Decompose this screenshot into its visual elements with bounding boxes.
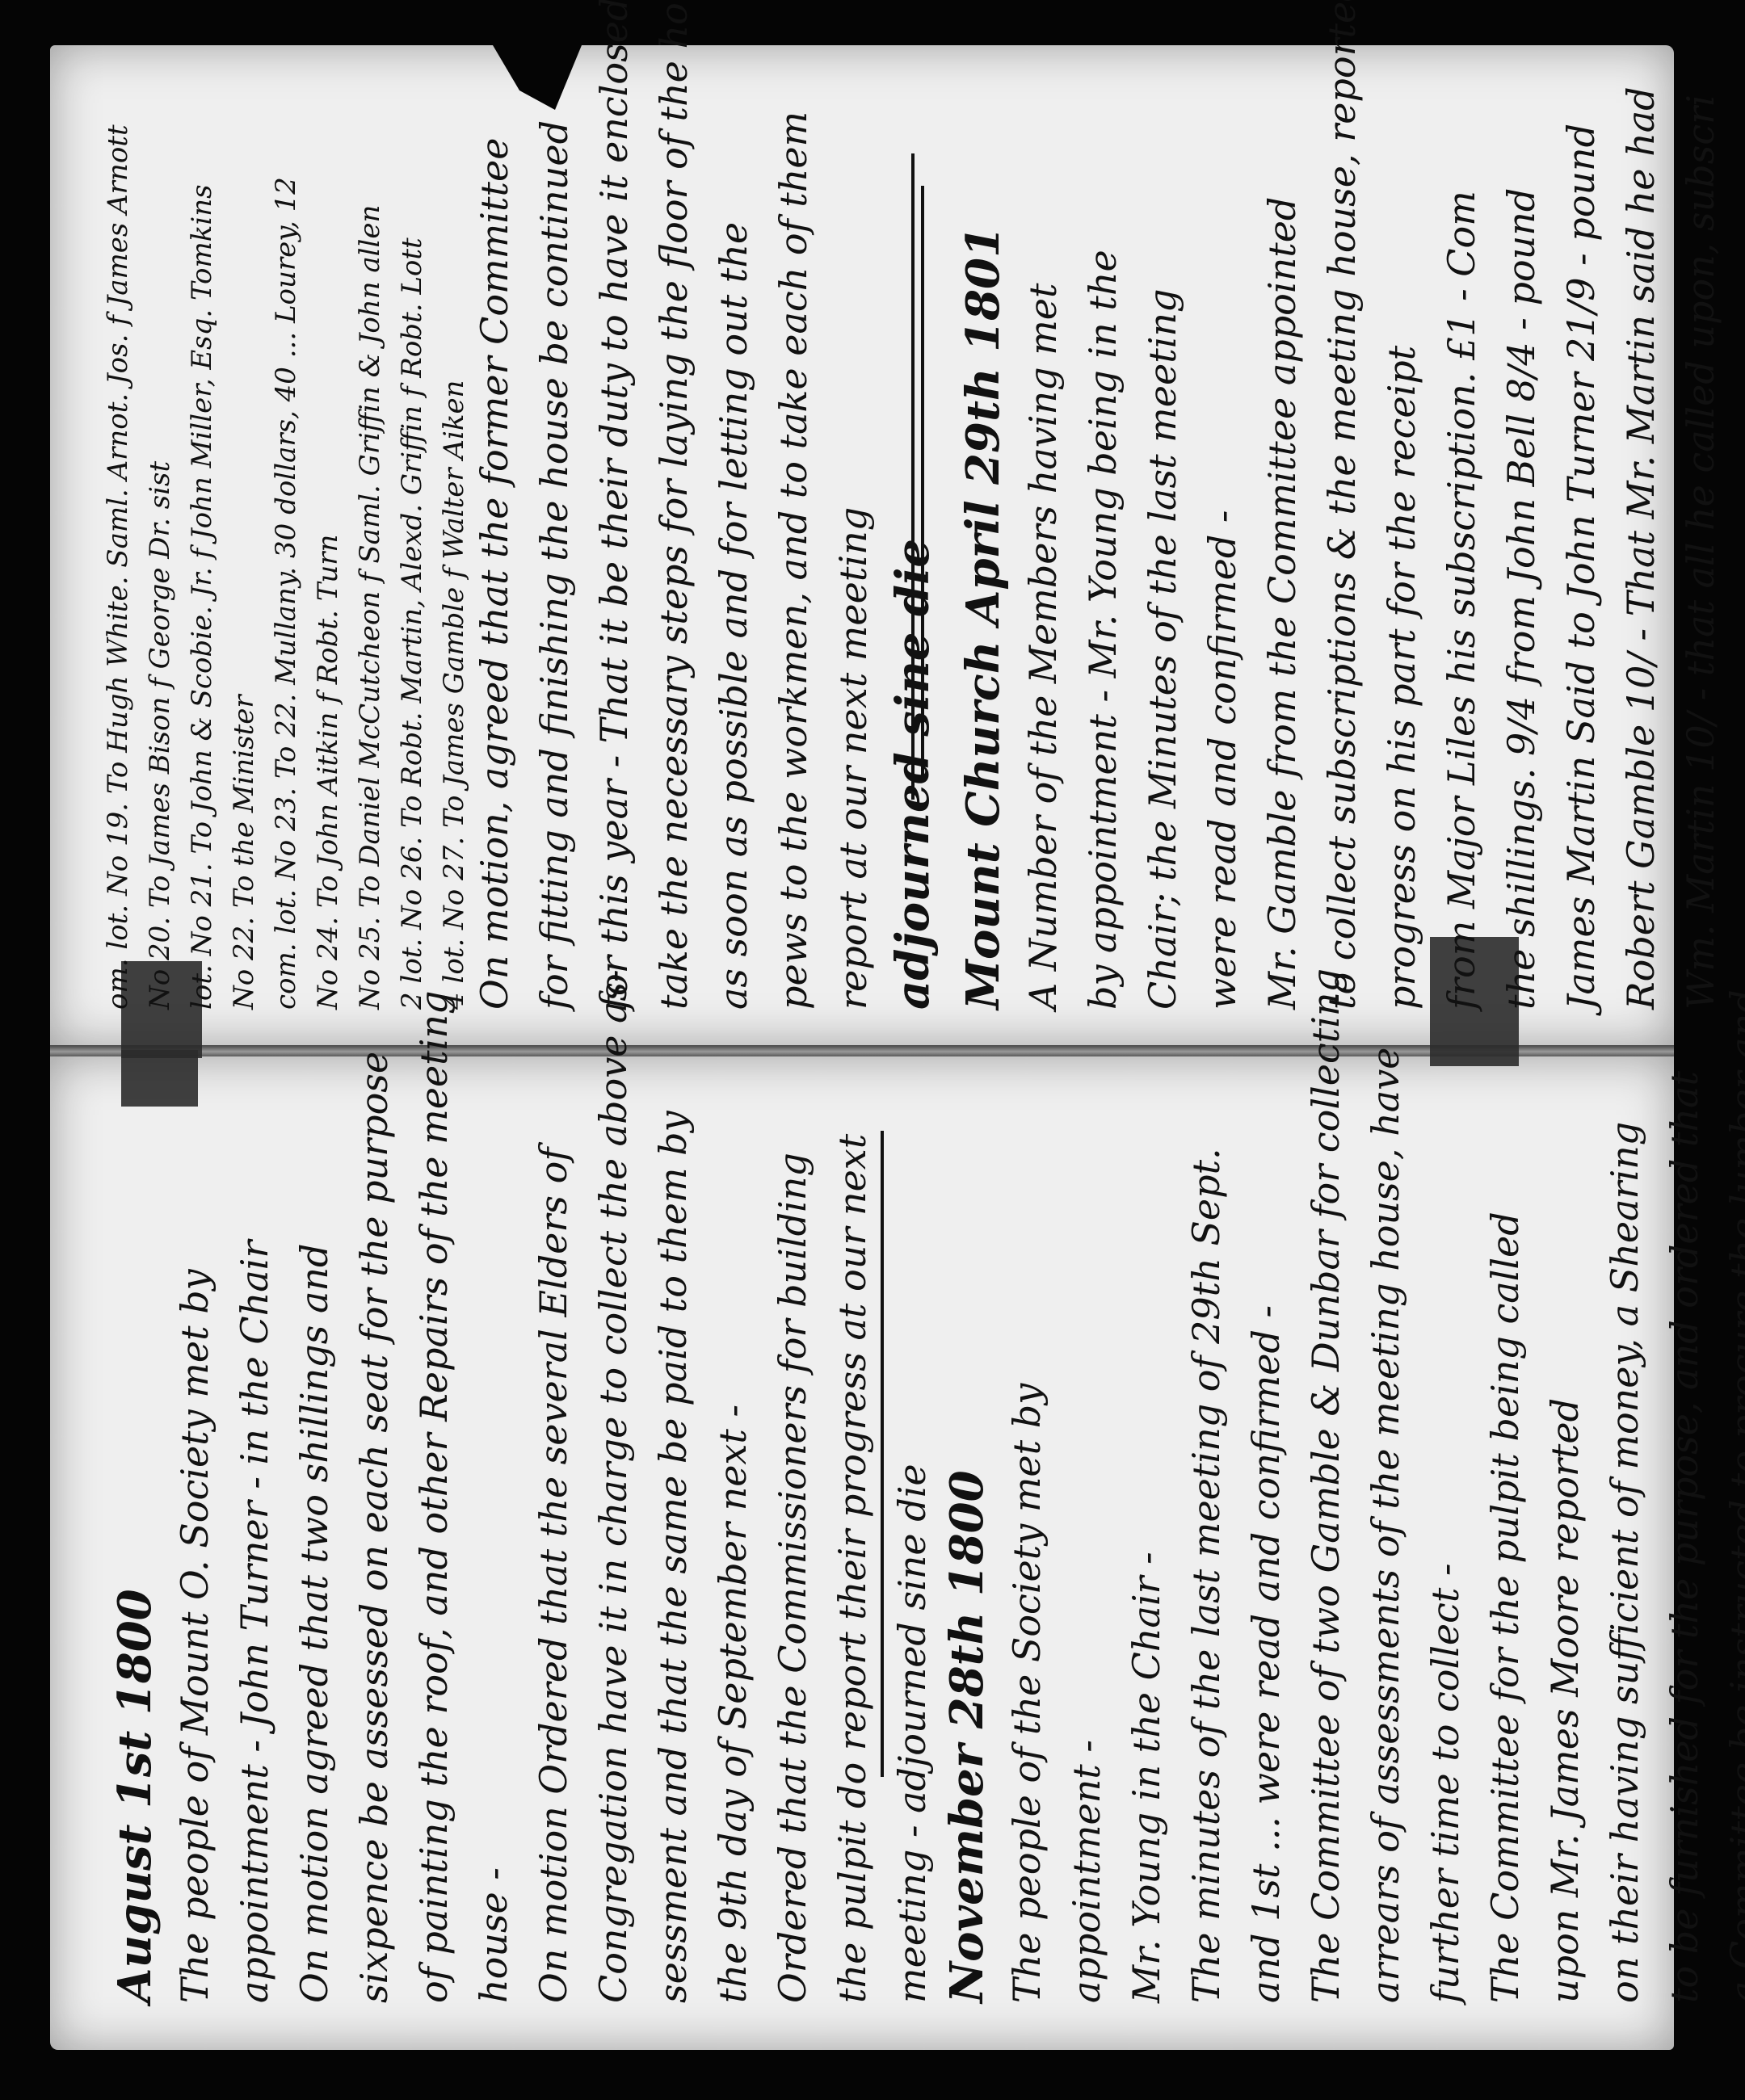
motion-line: take the necessary steps for laying the … xyxy=(644,0,704,1010)
meeting-heading: Mount Church April 29th 1801 xyxy=(953,0,1013,1010)
minutes-line: upon Mr. James Moore reported xyxy=(1535,968,1595,2003)
account-line: 2 lot. No 26. To Robt. Martin, Alexd. Gr… xyxy=(391,124,433,1010)
meeting-heading: November 28th 1800 xyxy=(937,968,997,2003)
account-line: lot. No 21. To John & Scobie. Jr. f John… xyxy=(181,124,223,1010)
motion-line: report at our next meeting xyxy=(823,0,883,1010)
minutes-line: to collect subscriptions & the meeting h… xyxy=(1312,0,1372,1010)
account-line: No 22. To the Minister xyxy=(223,124,265,1010)
minutes-line: on their having sufficient of money, a S… xyxy=(1595,968,1655,2003)
minutes-line: of painting the roof, and other Repairs … xyxy=(404,969,464,2003)
minutes-line: sixpence be assessed on each seat for th… xyxy=(344,969,404,2003)
minutes-line: arrears of assessments of the meeting ho… xyxy=(1356,968,1415,2003)
section-divider xyxy=(911,153,915,800)
minutes-line: The minutes of the last meeting of 29th … xyxy=(1176,968,1236,2003)
account-line: No 20. To James Bison f George Dr. sist xyxy=(139,124,181,1010)
motion-line: pews to the workmen, and to take each of… xyxy=(763,0,823,1010)
meeting-heading: August 1st 1800 xyxy=(105,969,165,2003)
minutes-line: appointment - xyxy=(1057,968,1116,2003)
meeting-august-1800: August 1st 1800 The people of Mount O. S… xyxy=(105,969,942,2003)
minutes-line: by appointment - Mr. Young being in the xyxy=(1073,0,1133,1010)
minutes-line: to be furnished for the purpose, and ord… xyxy=(1655,968,1714,2003)
minutes-line: Ordered that the Commissioners for build… xyxy=(763,969,822,2003)
minutes-line: Congregation have it in charge to collec… xyxy=(583,969,643,2003)
motion-line: On motion, agreed that the former Commit… xyxy=(465,0,524,1010)
minutes-line: and 1st ... were read and confirmed - xyxy=(1236,968,1296,2003)
minutes-line: the pulpit do report their progress at o… xyxy=(822,969,882,2003)
minutes-line: their willingness to pay - that he then … xyxy=(1730,0,1745,1010)
minutes-line: Wm. Martin 10/ - that all he called upon… xyxy=(1671,0,1730,1010)
meeting-april-1801: Mount Church April 29th 1801 A Number of… xyxy=(953,0,1745,1010)
minutes-line: Mr. Young in the Chair - xyxy=(1116,968,1176,2003)
minutes-line: sessment and that the same be paid to th… xyxy=(643,969,703,2003)
account-line: No 25. To Daniel McCutcheon f Saml. Grif… xyxy=(349,124,391,1010)
account-line: com. lot. No 23. To 22. Mullany. 30 doll… xyxy=(265,124,307,1010)
minutes-line: The Committee of two Gamble & Dunbar for… xyxy=(1296,968,1356,2003)
minutes-line: Robert Gamble 10/ - That Mr. Martin said… xyxy=(1611,0,1671,1010)
minutes-line: a Committee be instructed to procure the… xyxy=(1714,968,1745,2003)
minutes-line: On motion Ordered that the several Elder… xyxy=(523,969,583,2003)
minutes-line: The Committee for the pulpit being calle… xyxy=(1475,968,1535,2003)
minutes-line: appointment - John Turner - in the Chair xyxy=(225,969,284,2003)
motion-line: as soon as possible and for letting out … xyxy=(704,0,763,1010)
accounts-list: om. lot. No 19. To Hugh White. Saml. Arn… xyxy=(97,124,475,1010)
minutes-line: were read and confirmed - xyxy=(1192,0,1252,1010)
account-line: No 24. To John Aitkin f Robt. Turn xyxy=(307,124,349,1010)
minutes-line: from Major Liles his subscription. £1 - … xyxy=(1432,0,1491,1010)
section-divider xyxy=(881,1131,884,1777)
minutes-line: the 9th day of September next - xyxy=(703,969,763,2003)
minutes-line: further time to collect - xyxy=(1415,968,1475,2003)
minutes-line: progress on his part for the receipt xyxy=(1372,0,1432,1010)
minutes-line: Mr. Gamble from the Committee appointed xyxy=(1252,0,1312,1010)
minutes-line: Chair; the Minutes of the last meeting xyxy=(1133,0,1192,1010)
minutes-line: the shillings. 9/4 from John Bell 8/4 - … xyxy=(1491,0,1551,1010)
account-line: om. lot. No 19. To Hugh White. Saml. Arn… xyxy=(97,124,139,1010)
minutes-line: house - xyxy=(464,969,523,2003)
minutes-line: James Martin Said to John Turner 21/9 - … xyxy=(1551,0,1611,1010)
motion-line: for fitting and finishing the house be c… xyxy=(524,0,584,1010)
minutes-line: The people of the Society met by xyxy=(997,968,1057,2003)
minutes-line: On motion agreed that two shillings and xyxy=(284,969,344,2003)
section-divider xyxy=(921,186,924,775)
meeting-november-1800: November 28th 1800 The people of the Soc… xyxy=(937,968,1745,2003)
motion-text: On motion, agreed that the former Commit… xyxy=(465,0,943,1010)
motion-line: for this year - That it be their duty to… xyxy=(584,0,644,1010)
minutes-line: meeting - adjourned sine die xyxy=(882,969,942,2003)
minutes-line: The people of Mount O. Society met by xyxy=(165,969,225,2003)
minutes-line: A Number of the Members having met xyxy=(1013,0,1073,1010)
